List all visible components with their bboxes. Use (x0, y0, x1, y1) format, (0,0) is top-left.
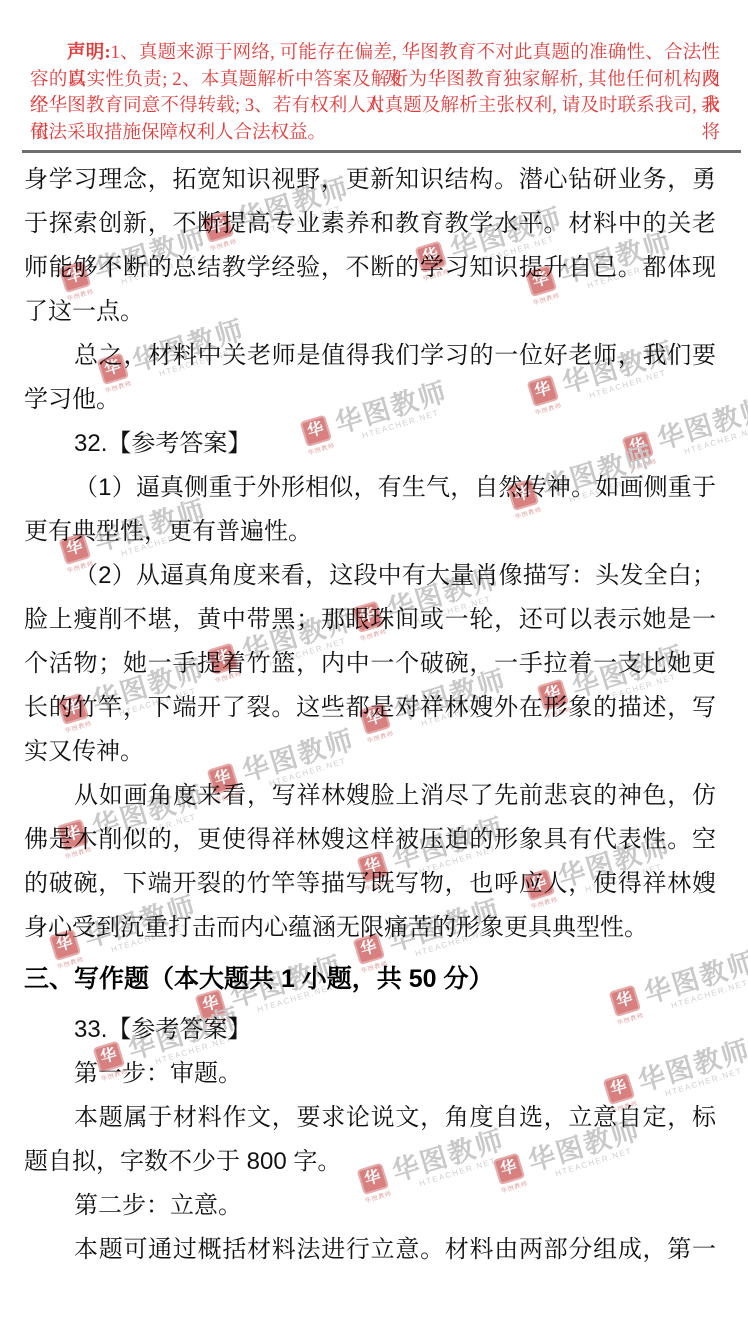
disclaimer-prefix: 声明: (67, 43, 111, 63)
text-line: 学习他。 (24, 378, 716, 422)
text-line: 个活物；她一手提着竹篮，内中一个破碗，一手拉着一支比她更 (24, 642, 716, 686)
text-line: 于探索创新，不断提高专业素养和教育教学水平。材料中的关老 (24, 202, 716, 246)
disclaimer-line: 声明:1、真题来源于网络, 可能存在偏差, 华图教育不对此真题的准确性、合法性以… (30, 40, 720, 67)
section-heading: 三、写作题（本大题共 1 小题，共 50 分） (24, 956, 716, 1008)
text-line: 第一步：审题。 (24, 1052, 716, 1096)
text-line: （1）逼真侧重于外形相似，有生气，自然传神。如画侧重于 (24, 466, 716, 510)
text-line: 题自拟，字数不少于 800 字。 (24, 1140, 716, 1184)
text-line: 的破碗，下端开裂的竹竿等描写既写物，也呼应人，使得祥林嫂 (24, 862, 716, 906)
text-line: 师能够不断的总结教学经验，不断的学习知识提升自己。都体现 (24, 246, 716, 290)
disclaimer-line: 容的真实性负责; 2、本真题解析中答案及解析为华图教育独家解析, 其他任何机构及… (30, 67, 720, 94)
answer-text-body: 身学习理念，拓宽知识视野，更新知识结构。潜心钻研业务，勇于探索创新，不断提高专业… (24, 158, 716, 1272)
text-line: （2）从逼真角度来看，这段中有大量肖像描写：头发全白； (24, 554, 716, 598)
text-line: 身心受到沉重打击而内心蕴涵无限痛苦的形象更具典型性。 (24, 906, 716, 950)
text-line: 总之，材料中关老师是值得我们学习的一位好老师，我们要 (24, 334, 716, 378)
text-line: 长的竹竿，下端开了裂。这些都是对祥林嫂外在形象的描述，写 (24, 686, 716, 730)
text-line: 更有典型性，更有普遍性。 (24, 510, 716, 554)
text-line: 32.【参考答案】 (24, 422, 716, 466)
text-line: 33.【参考答案】 (24, 1008, 716, 1052)
document-page: { "page": {"width": 748, "height": 1335,… (0, 0, 748, 1335)
text-line: 本题可通过概括材料法进行立意。材料由两部分组成，第一 (24, 1228, 716, 1272)
text-line: 实又传神。 (24, 730, 716, 774)
text-line: 本题属于材料作文，要求论说文，角度自选，立意自定，标 (24, 1096, 716, 1140)
text-line: 身学习理念，拓宽知识视野，更新知识结构。潜心钻研业务，勇 (24, 158, 716, 202)
disclaimer-line: 经华图教育同意不得转载; 3、若有权利人对真题及解析主张权利, 请及时联系我司,… (30, 93, 720, 120)
text-line: 从如画角度来看，写祥林嫂脸上消尽了先前悲哀的神色，仿 (24, 774, 716, 818)
text-line: 脸上瘦削不堪，黄中带黑；那眼珠间或一轮，还可以表示她是一 (24, 598, 716, 642)
text-line: 了这一点。 (24, 290, 716, 334)
text-line: 第二步：立意。 (24, 1184, 716, 1228)
disclaimer-block: 声明:1、真题来源于网络, 可能存在偏差, 华图教育不对此真题的准确性、合法性以… (30, 40, 720, 146)
text-line: 佛是木削似的，更使得祥林嫂这样被压迫的形象具有代表性。空 (24, 818, 716, 862)
separator-line (22, 150, 741, 153)
